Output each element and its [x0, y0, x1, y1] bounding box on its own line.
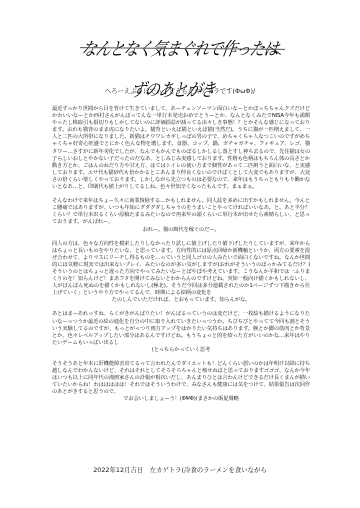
paragraph-3: 同人の方は、色々な方向性を模索したりしなかったり試しに値上げしたり値下げしたりし… — [52, 241, 310, 305]
paragraph-3-last-line: たのしんでいただければ、とおもっています。知らんがな。 — [52, 297, 310, 304]
paragraph-1-text: 最近すっかり世間から目を背けて生きていまして、あーチェンソーマン面白いなーとかぼ… — [52, 106, 310, 190]
paragraph-5-text: そうそうあと年末に肝機能障害出てるって言われたんでダイエットも！どんくらい悪いの… — [52, 361, 310, 395]
paragraph-4-text: あとはまーあれっすね、らくがきがんばりたい！がんばるっていうのは変だけど、一枚絵… — [52, 311, 310, 345]
greeting-line: へろーえぶりばでぃ、どうも左カゲトラです(ΦωΦ)/ — [0, 86, 360, 95]
paragraph-2: そんなわけで来年はちょー久々に商業復帰する…かもしれません。同人誌を多めに出すか… — [52, 198, 310, 233]
paragraph-4-last-line: (とっちらかっていく思考 — [52, 347, 310, 354]
paragraph-5-last-line: でお会いしましょーう！(ΦΨΦ)(まさかの販促戦略 — [52, 396, 310, 403]
paragraph-2-text: そんなわけで来年はちょー久々に商業復帰する…かもしれません。同人誌を多めに出すか… — [52, 198, 310, 225]
paragraph-2-last-line: おれー。猫の餌代を稼ぐのだー。 — [52, 227, 310, 234]
afterword-page: なんとなく気まぐれで作ったはずのあとがき へろーえぶりばでぃ、どうも左カゲトラで… — [0, 0, 360, 508]
paragraph-5: そうそうあと年末に肝機能障害出てるって言われたんでダイエットも！どんくらい悪いの… — [52, 361, 310, 404]
paragraph-3-text: 同人の方は、色々な方向性を模索したりしなかったり試しに値上げしたり値下げしたりし… — [52, 241, 310, 297]
paragraph-4: あとはまーあれっすね、らくがきがんばりたい！がんばるっていうのは変だけど、一枚絵… — [52, 311, 310, 354]
signature-date-line: 2022年12月吉日 左カゲトラ(冷食のラーメンを食いながら — [0, 465, 360, 474]
paragraph-1: 最近すっかり世間から目を背けて生きていまして、あーチェンソーマン面白いなーとかぼ… — [52, 106, 310, 191]
afterword-body: 最近すっかり世間から目を背けて生きていまして、あーチェンソーマン面白いなーとかぼ… — [52, 106, 310, 411]
